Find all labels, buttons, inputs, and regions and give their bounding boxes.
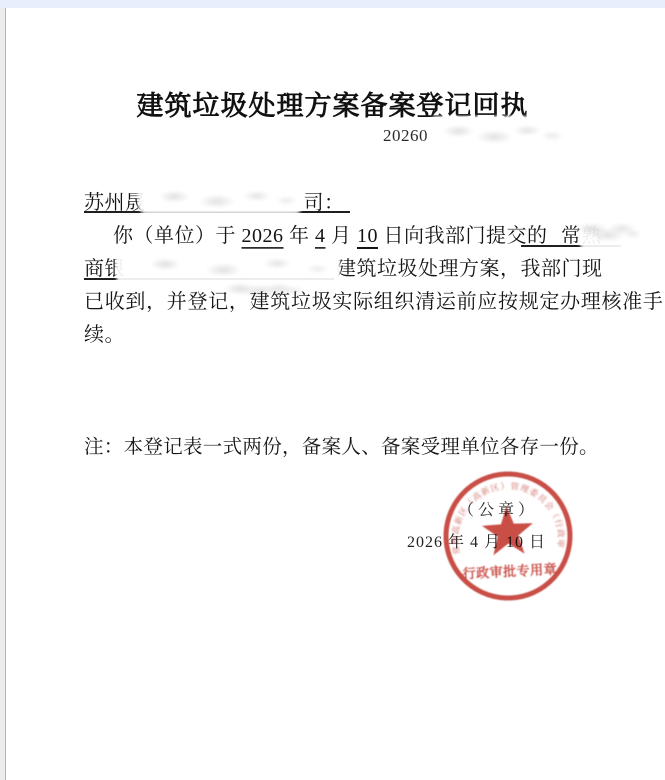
salutation-prefix: 苏州晟	[84, 192, 146, 214]
redaction-smudge-docnum	[428, 116, 566, 152]
official-seal-svg: 常熟高新区（高新区）管理委员会（行政审批局） 行政审批专用章	[434, 462, 581, 609]
month-fill: 4	[315, 225, 326, 247]
line2-pre: 你（单位）于	[113, 225, 236, 247]
doc-number: 20260	[383, 126, 428, 146]
official-seal: 常熟高新区（高新区）管理委员会（行政审批局） 行政审批专用章	[434, 462, 581, 609]
month-label: 月	[331, 225, 352, 247]
redaction-smudge-line3	[116, 249, 340, 285]
day-label: 日向我部门提交的	[384, 225, 548, 247]
redaction-smudge-line2	[579, 214, 639, 250]
redaction-smudge-salutation	[138, 184, 303, 214]
viewer-left-edge	[0, 8, 6, 780]
body-line-4: 已收到，并登记，建筑垃圾实际组织清运前应按规定办理核准手	[84, 285, 664, 314]
seal-bottom-text: 行政审批专用章	[462, 561, 557, 581]
year-fill: 2026	[242, 225, 284, 247]
note-line: 注：本登记表一式两份，备案人、备案受理单位各存一份。	[84, 431, 599, 459]
body-line-5: 续。	[84, 318, 125, 347]
day-fill: 10	[357, 225, 378, 247]
star-icon	[481, 505, 534, 556]
page-title: 建筑垃圾处理方案备案登记回执	[0, 84, 665, 123]
salutation-suffix: 司：	[304, 192, 345, 214]
year-label: 年	[289, 225, 310, 247]
browser-top-bar	[0, 0, 665, 8]
body-line-2: 你（单位）于 2026 年 4 月 10 日向我部门提交的	[113, 219, 548, 248]
line3-suffix: 建筑垃圾处理方案，我部门现	[336, 258, 603, 280]
